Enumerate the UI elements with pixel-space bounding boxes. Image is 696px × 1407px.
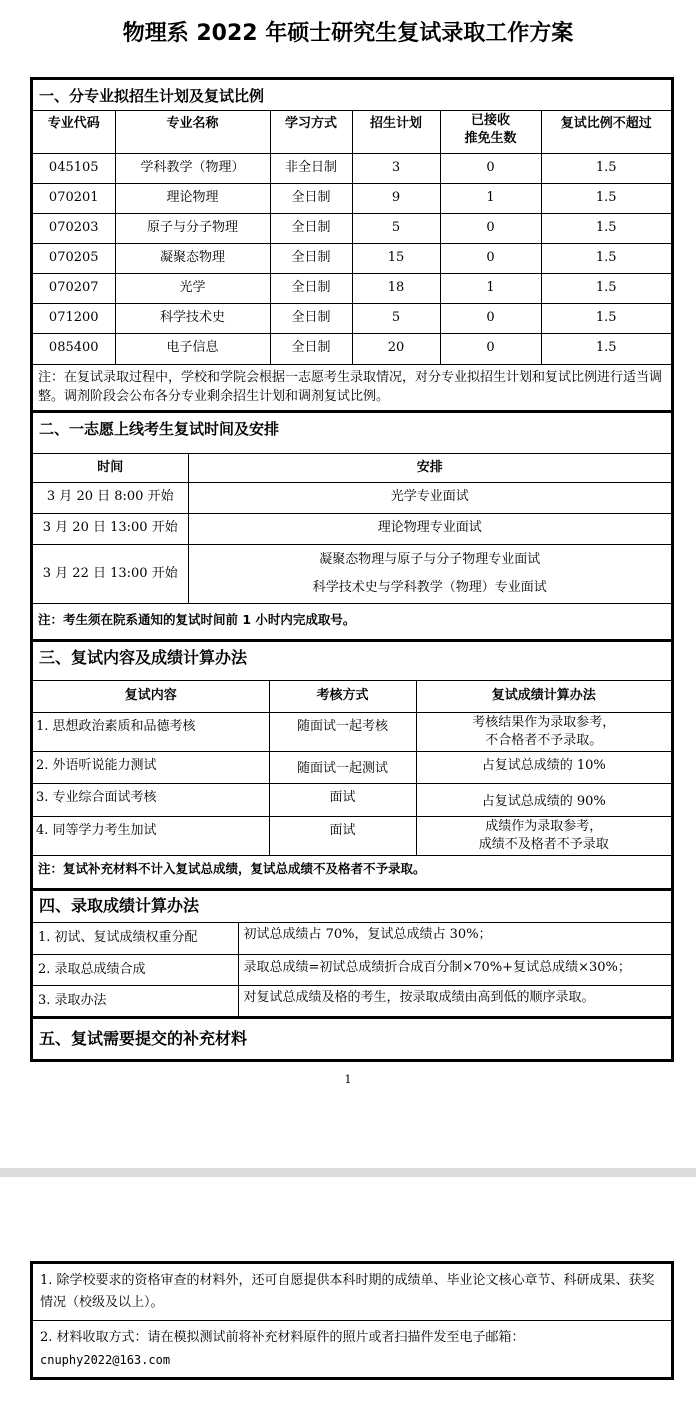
table-header-row: 复试内容 考核方式 复试成绩计算办法: [33, 681, 671, 713]
section-note: 注：复试补充材料不计入复试总成绩，复试总成绩不及格者不予录取。: [33, 855, 671, 888]
table-row: 2. 录取总成绩合成 录取总成绩=初试总成绩折合成百分制×70%+复试总成绩×3…: [33, 954, 671, 985]
plan-document: 一、分专业拟招生计划及复试比例 专业代码 专业名称 学习方式 招生计划 已接收 …: [30, 77, 674, 1062]
table-header-row: 时间 安排: [33, 454, 671, 483]
page-number: 1: [0, 1073, 696, 1087]
content-table: 复试内容 考核方式 复试成绩计算办法 1. 思想政治素质和品德考核 随面试一起考…: [33, 681, 671, 856]
supplementary-materials-box: 1. 除学校要求的资格审查的材料外，还可自愿提供本科时期的成绩单、毕业论文核心章…: [30, 1261, 674, 1380]
email-address[interactable]: cnuphy2022@163.com: [40, 1349, 664, 1371]
table-row: 3 月 20 日 13:00 开始 理论物理专业面试: [33, 513, 671, 544]
section-admission-score: 四、录取成绩计算办法 1. 初试、复试成绩权重分配 初试总成绩占 70%，复试总…: [33, 888, 671, 1016]
section-heading: 三、复试内容及成绩计算办法: [33, 642, 671, 681]
section-supplementary-materials: 五、复试需要提交的补充材料: [33, 1016, 671, 1059]
column-header: 已接收 推免生数: [440, 111, 541, 154]
table-row: 4. 同等学力考生加试 面试 成绩作为录取参考， 成绩不及格者不予录取: [33, 817, 671, 856]
enrollment-table: 专业代码 专业名称 学习方式 招生计划 已接收 推免生数 复试比例不超过 045…: [33, 111, 671, 364]
section-note: 注：在复试录取过程中，学校和学院会根据一志愿考生录取情况，对分专业拟招生计划和复…: [33, 364, 671, 410]
section-heading: 四、录取成绩计算办法: [33, 891, 671, 923]
materials-item: 2. 材料收取方式：请在模拟测试前将补充材料原件的照片或者扫描件发至电子邮箱： …: [33, 1320, 671, 1377]
table-row: 1. 初试、复试成绩权重分配 初试总成绩占 70%，复试总成绩占 30%；: [33, 923, 671, 954]
table-row: 070207 光学 全日制 18 1 1.5: [33, 274, 671, 304]
column-header: 招生计划: [352, 111, 440, 154]
column-header: 时间: [33, 454, 188, 483]
section-enrollment-plan: 一、分专业拟招生计划及复试比例 专业代码 专业名称 学习方式 招生计划 已接收 …: [33, 80, 671, 410]
section-interview-schedule: 二、一志愿上线考生复试时间及安排 时间 安排 3 月 20 日 8:00 开始 …: [33, 410, 671, 639]
table-row: 3. 专业综合面试考核 面试 占复试总成绩的 90%: [33, 784, 671, 817]
table-row: 2. 外语听说能力测试 随面试一起测试 占复试总成绩的 10%: [33, 752, 671, 784]
schedule-table: 时间 安排 3 月 20 日 8:00 开始 光学专业面试 3 月 20 日 1…: [33, 454, 671, 603]
page-1: 物理系 2022 年硕士研究生复试录取工作方案 一、分专业拟招生计划及复试比例 …: [0, 0, 696, 1168]
table-row: 3 月 22 日 13:00 开始 凝聚态物理与原子与分子物理专业面试 科学技术…: [33, 544, 671, 603]
table-row: 070201 理论物理 全日制 9 1 1.5: [33, 184, 671, 214]
document-title: 物理系 2022 年硕士研究生复试录取工作方案: [0, 18, 696, 50]
column-header: 专业代码: [33, 111, 115, 154]
table-row: 3. 录取办法 对复试总成绩及格的考生，按录取成绩由高到低的顺序录取。: [33, 985, 671, 1016]
admission-table: 1. 初试、复试成绩权重分配 初试总成绩占 70%，复试总成绩占 30%； 2.…: [33, 923, 671, 1016]
section-interview-content: 三、复试内容及成绩计算办法 复试内容 考核方式 复试成绩计算办法 1. 思想政治…: [33, 639, 671, 889]
column-header: 复试比例不超过: [541, 111, 671, 154]
table-row: 3 月 20 日 8:00 开始 光学专业面试: [33, 482, 671, 513]
page-2: 1. 除学校要求的资格审查的材料外，还可自愿提供本科时期的成绩单、毕业论文核心章…: [0, 1177, 696, 1407]
column-header: 学习方式: [270, 111, 352, 154]
column-header: 安排: [188, 454, 671, 483]
table-row: 070205 凝聚态物理 全日制 15 0 1.5: [33, 244, 671, 274]
table-row: 045105 学科教学（物理） 非全日制 3 0 1.5: [33, 154, 671, 184]
column-header: 专业名称: [115, 111, 270, 154]
section-heading: 五、复试需要提交的补充材料: [33, 1019, 671, 1059]
table-row: 071200 科学技术史 全日制 5 0 1.5: [33, 304, 671, 334]
materials-item: 1. 除学校要求的资格审查的材料外，还可自愿提供本科时期的成绩单、毕业论文核心章…: [33, 1264, 671, 1320]
section-note: 注：考生须在院系通知的复试时间前 1 小时内完成取号。: [33, 603, 671, 639]
section-heading: 一、分专业拟招生计划及复试比例: [33, 80, 671, 111]
table-header-row: 专业代码 专业名称 学习方式 招生计划 已接收 推免生数 复试比例不超过: [33, 111, 671, 154]
column-header: 复试成绩计算办法: [416, 681, 671, 713]
table-row: 085400 电子信息 全日制 20 0 1.5: [33, 334, 671, 364]
table-row: 1. 思想政治素质和品德考核 随面试一起考核 考核结果作为录取参考， 不合格者不…: [33, 713, 671, 752]
table-row: 070203 原子与分子物理 全日制 5 0 1.5: [33, 214, 671, 244]
page-separator: [0, 1168, 696, 1177]
column-header: 考核方式: [269, 681, 416, 713]
section-heading: 二、一志愿上线考生复试时间及安排: [33, 413, 671, 454]
column-header: 复试内容: [33, 681, 269, 713]
